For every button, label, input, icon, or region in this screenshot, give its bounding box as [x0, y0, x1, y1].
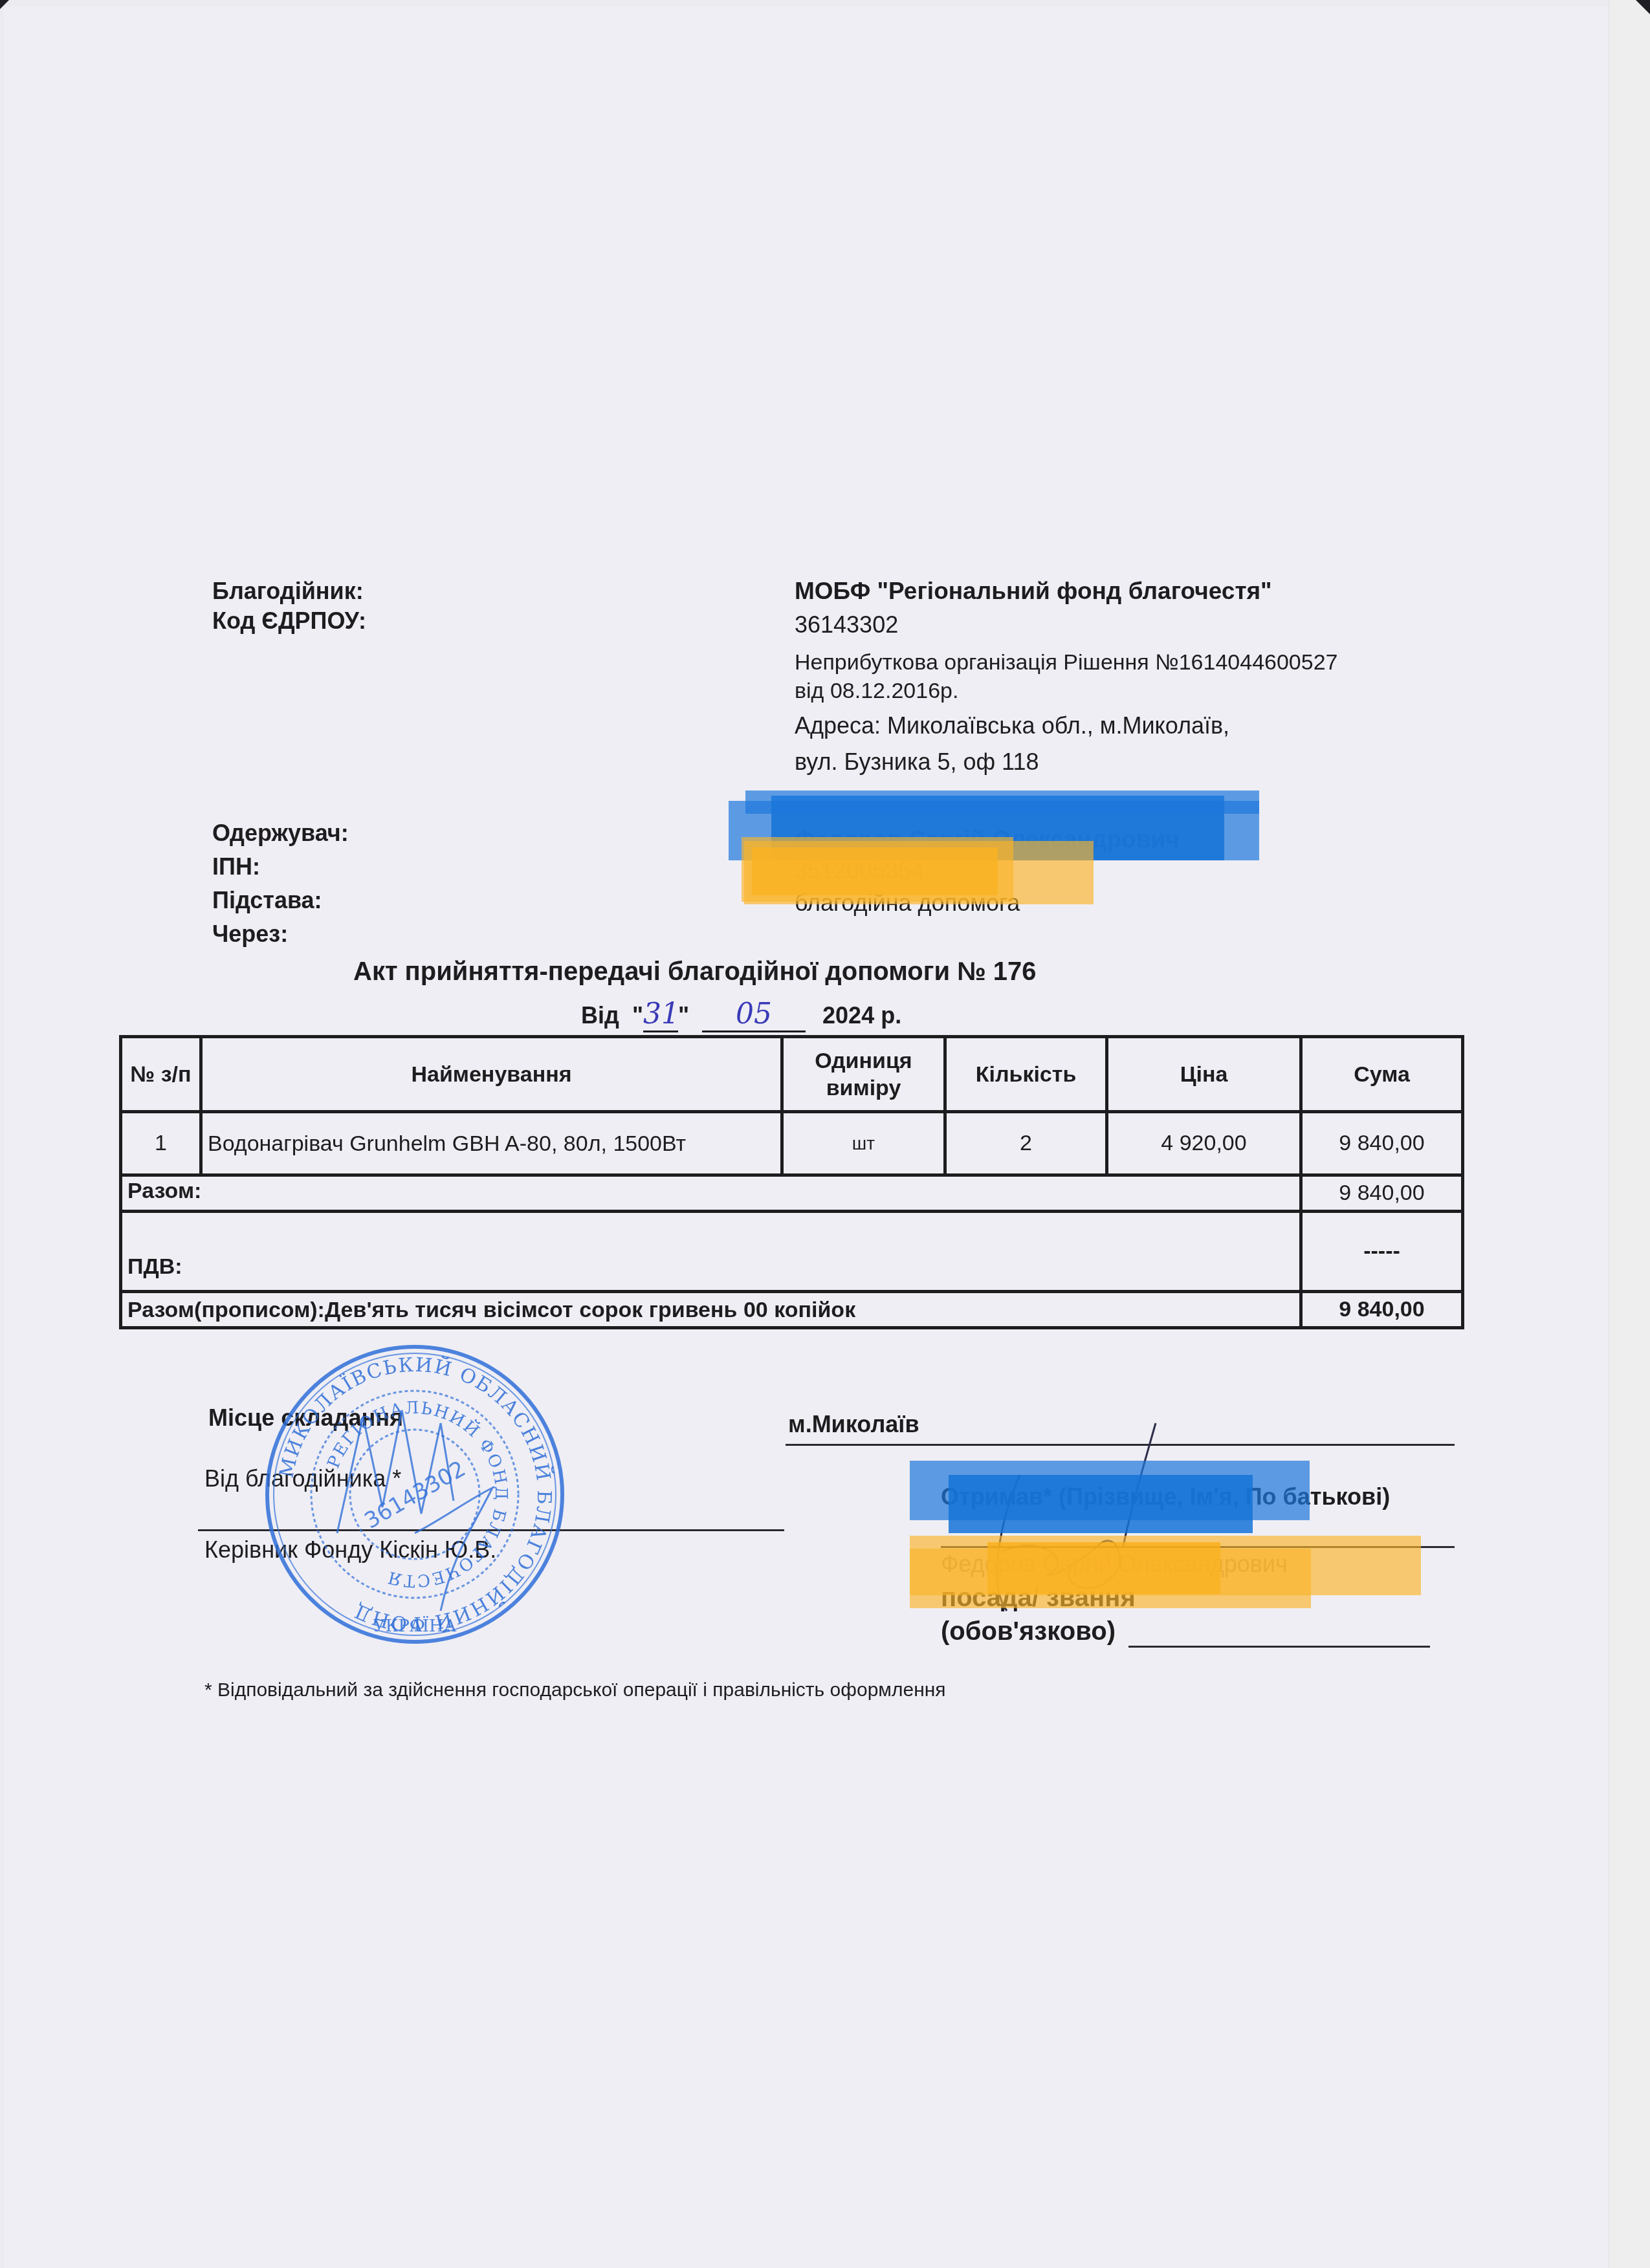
footnote: * Відповідальний за здійснення господарс…: [204, 1679, 946, 1701]
vat-value: -----: [1301, 1212, 1463, 1292]
row-num: 1: [121, 1112, 201, 1175]
document-page: Благодійник: Код ЄДРПОУ: МОБФ "Регіональ…: [4, 6, 1609, 2268]
words-label: Разом(прописом):Дев'ять тисяч вісімсот с…: [121, 1292, 1301, 1328]
header-num: № з/п: [121, 1037, 201, 1112]
table-header-row: № з/п Найменування Одиниця виміру Кількі…: [121, 1037, 1463, 1112]
ipn-label: ІПН:: [212, 853, 260, 881]
organization-stamp: МИКОЛАЇВСЬКИЙ ОБЛАСНИЙ БЛАГОДІЙНИЙ ФОНД …: [259, 1339, 570, 1650]
svg-text:УКРАЇНА: УКРАЇНА: [373, 1616, 457, 1636]
words-row: Разом(прописом):Дев'ять тисяч вісімсот с…: [121, 1292, 1463, 1328]
donor-label: Благодійник:: [212, 577, 364, 605]
address-line-1: Адреса: Миколаївська обл., м.Миколаїв,: [795, 712, 1229, 740]
edrpou-value: 36143302: [795, 611, 898, 639]
items-table: № з/п Найменування Одиниця виміру Кількі…: [119, 1035, 1464, 1329]
scanner-corner: [1636, 0, 1650, 14]
nonprofit-decision: Неприбуткова організація Рішення №161404…: [795, 648, 1338, 677]
act-date: Від "31" 05 2024 р.: [581, 998, 901, 1032]
date-day-field: 31: [643, 998, 678, 1032]
header-qty: Кількість: [945, 1037, 1107, 1112]
redaction-marker: [745, 791, 1259, 814]
redaction-marker: [949, 1475, 1253, 1533]
header-name: Найменування: [201, 1037, 782, 1112]
total-label: Разом:: [121, 1175, 1301, 1212]
table-row: 1 Водонагрівач Grunhelm GBH A-80, 80л, 1…: [121, 1112, 1463, 1175]
total-value: 9 840,00: [1301, 1175, 1463, 1212]
header-sum: Сума: [1301, 1037, 1463, 1112]
mandatory-label: (обов'язково): [941, 1617, 1116, 1646]
date-year: 2024 р.: [822, 1002, 901, 1029]
svg-text:МИКОЛАЇВСЬКИЙ ОБЛАСНИЙ БЛАГОДІ: МИКОЛАЇВСЬКИЙ ОБЛАСНИЙ БЛАГОДІЙНИЙ ФОНД: [275, 1354, 556, 1635]
act-title: Акт прийняття-передачі благодійної допом…: [353, 957, 1037, 987]
place-value: м.Миколаїв: [788, 1410, 919, 1439]
row-name: Водонагрівач Grunhelm GBH A-80, 80л, 150…: [201, 1112, 782, 1175]
vat-row: ПДВ: -----: [121, 1212, 1463, 1292]
basis-label: Підстава:: [212, 886, 322, 915]
recipient-label: Одержувач:: [212, 819, 349, 847]
nonprofit-date: від 08.12.2016р.: [795, 677, 958, 705]
edrpou-label: Код ЄДРПОУ:: [212, 607, 366, 635]
total-row: Разом: 9 840,00: [121, 1175, 1463, 1212]
date-month: 05: [736, 998, 772, 1030]
row-price: 4 920,00: [1107, 1112, 1301, 1175]
donor-signature-line: [198, 1529, 784, 1531]
row-unit: шт: [782, 1112, 945, 1175]
redaction-marker: [742, 837, 1013, 902]
redaction-marker: [910, 1549, 1311, 1608]
director-label: Керівник Фонду Кіскін Ю.В.: [204, 1536, 496, 1564]
header-price: Ціна: [1107, 1037, 1301, 1112]
via-label: Через:: [212, 920, 288, 948]
date-month-field: 05: [702, 998, 806, 1032]
scanner-edge: [1609, 0, 1650, 2268]
date-prefix: Від: [581, 1002, 619, 1029]
row-sum: 9 840,00: [1301, 1112, 1463, 1175]
donor-name: МОБФ "Регіональний фонд благочестя": [795, 577, 1272, 605]
position-underline: [1128, 1646, 1430, 1648]
header-unit: Одиниця виміру: [782, 1037, 945, 1112]
place-label: Місце складання: [208, 1404, 403, 1432]
place-underline: [786, 1444, 1455, 1446]
row-qty: 2: [945, 1112, 1107, 1175]
from-donor-label: Від благодійника *: [204, 1465, 401, 1493]
date-day: 31: [643, 998, 679, 1030]
address-line-2: вул. Бузника 5, оф 118: [795, 748, 1039, 776]
words-value: 9 840,00: [1301, 1292, 1463, 1328]
vat-label: ПДВ:: [121, 1212, 1301, 1292]
